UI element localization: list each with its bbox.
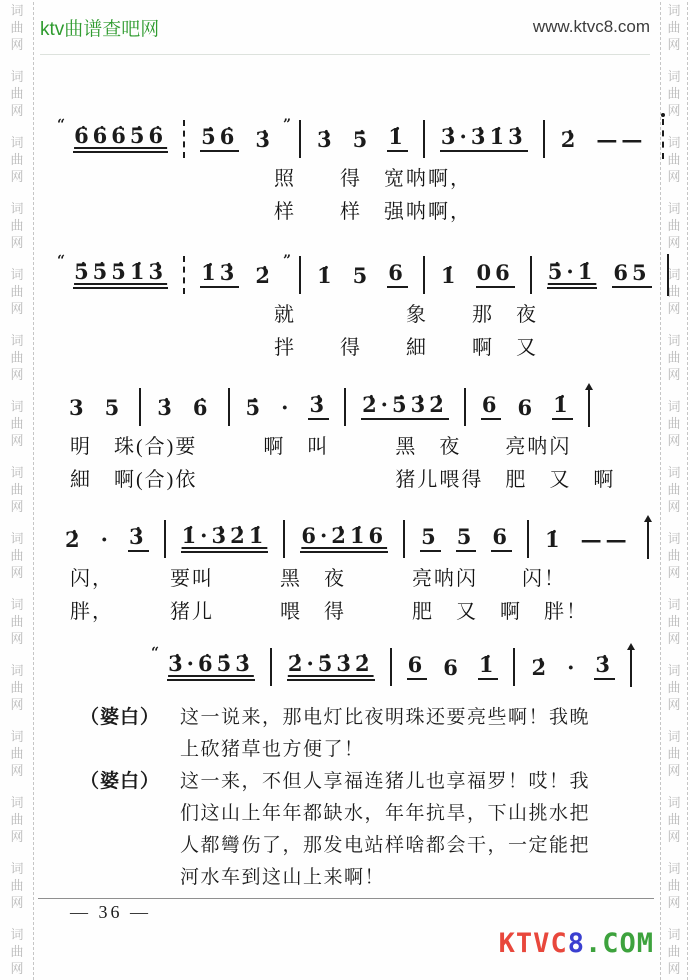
watermark-char: 曲 [661,877,687,894]
barline [403,520,405,558]
watermark-char: 词 [661,728,687,745]
watermark-group: 词曲网 [661,464,687,515]
watermark-char: 网 [4,564,30,581]
watermark-group: 词曲网 [4,662,30,713]
watermark-char: 网 [661,498,687,515]
watermark-char: 曲 [661,217,687,234]
watermark-char: 词 [4,332,30,349]
logo-part: KTVC [499,928,568,959]
watermark-char: 曲 [4,481,30,498]
watermark-group: 词曲网 [661,266,687,317]
note-group: 1̇ [478,654,499,680]
quote-mark: ” [283,252,291,268]
watermark-char: 网 [4,498,30,515]
watermark-char: 曲 [4,811,30,828]
note-group: —— [580,529,632,550]
score-area: “6̇6̇6̇5̇6̇5̇6̇3̇”3̇5̇1̇3̇·3̇1̇3̇2̇——照 得… [40,116,650,690]
watermark-char: 曲 [661,481,687,498]
watermark-char: 词 [4,266,30,283]
watermark-char: 曲 [661,283,687,300]
watermark-char: 网 [661,300,687,317]
barline [299,256,301,294]
watermark-group: 词曲网 [661,530,687,581]
watermark-char: 词 [4,200,30,217]
notation-line-4: 2̇·3̇1̇·3̇2̇1̇6·2̇1̇65561̇—— [64,516,650,562]
note-group: 6 [407,654,428,680]
watermark-char: 曲 [4,943,30,960]
lyrics-line: 拌 得 細 啊 又 [274,333,650,364]
barline [390,648,392,686]
note-group: 1̇ [387,126,408,152]
watermark-group: 词曲网 [4,530,30,581]
note-group: 6̇6̇6̇5̇6̇ [73,125,168,153]
barline [228,388,230,426]
watermark-group: 词曲网 [661,860,687,911]
watermark-char: 网 [661,432,687,449]
lyrics-line: 照 得 宽呐啊， [274,164,650,195]
watermark-char: 曲 [661,547,687,564]
watermark-char: 词 [4,464,30,481]
barline [588,387,590,427]
watermark-char: 曲 [4,19,30,36]
barline [183,256,185,294]
watermark-char: 曲 [4,415,30,432]
watermark-group: 词曲网 [661,794,687,845]
quote-mark: ” [283,116,291,132]
watermark-char: 曲 [661,943,687,960]
barline [164,520,166,558]
note-group: · [100,529,113,550]
sheet-music-scan: “6̇6̇6̇5̇6̇5̇6̇3̇”3̇5̇1̇3̇·3̇1̇3̇2̇——照 得… [40,56,650,894]
note-group: 2̇ [254,265,275,286]
watermark-group: 词曲网 [661,2,687,53]
watermark-char: 曲 [661,679,687,696]
watermark-char: 词 [661,926,687,943]
barline [667,254,669,296]
watermark-group: 词曲网 [661,926,687,977]
barline [270,648,272,686]
watermark-group: 词曲网 [4,794,30,845]
watermark-char: 网 [661,234,687,251]
watermark-char: 词 [661,398,687,415]
barline [513,648,515,686]
quote-mark: “ [151,644,159,660]
note-group: 6 [387,262,408,288]
lyrics-line: 胖， 猪儿 喂 得 肥 又 啊 胖！ [70,597,650,628]
lyrics-line: 样 样 强呐啊， [274,197,650,228]
watermark-char: 网 [4,102,30,119]
lyrics-line: 明 珠(合)要 啊 叫 黑 夜 亮呐闪 [70,432,650,463]
watermark-char: 曲 [661,613,687,630]
watermark-char: 词 [661,794,687,811]
note-group: 1̇ [544,529,565,550]
note-group: 2̇·5̇3̇2̇ [361,394,449,420]
watermark-column-left: 词曲网词曲网词曲网词曲网词曲网词曲网词曲网词曲网词曲网词曲网词曲网词曲网词曲网词… [4,2,34,980]
watermark-group: 词曲网 [661,332,687,383]
watermark-group: 词曲网 [661,596,687,647]
watermark-group: 词曲网 [4,596,30,647]
barline [423,256,425,294]
watermark-group: 词曲网 [661,398,687,449]
note-group: 2̇·5̇3̇2̇ [287,653,375,681]
watermark-group: 词曲网 [661,134,687,185]
watermark-char: 词 [661,464,687,481]
watermark-char: 网 [4,234,30,251]
watermark-char: 词 [4,662,30,679]
watermark-char: 词 [4,68,30,85]
dialogue-entry: （婆白）这一来，不但人享福连猪儿也享福罗！哎！我们这山上年年都缺水，年年抗旱，下… [80,766,650,894]
quote-mark: “ [57,252,65,268]
note-group: 2̇ [560,129,581,150]
watermark-char: 词 [661,860,687,877]
watermark-char: 曲 [661,415,687,432]
dialogue-line: 们这山上年年都缺水，年年抗旱，下山挑水把 [180,798,590,830]
barline [630,647,632,687]
watermark-group: 词曲网 [4,2,30,53]
dialogue-line: 人都彎伤了，那发电站样啥都会干，一定能把 [180,830,590,862]
note-group: 6·2̇1̇6 [300,525,388,553]
watermark-char: 曲 [4,217,30,234]
site-url-link[interactable]: www.ktvc8.com [533,17,650,37]
watermark-group: 词曲网 [661,200,687,251]
watermark-char: 词 [661,2,687,19]
barline [543,120,545,158]
notation-line-3: 353̇6̇5̇·3̇2̇·5̇3̇2̇661̇ [68,384,650,430]
site-header: ktv曲谱查吧网 www.ktvc8.com [40,0,650,55]
watermark-char: 网 [661,102,687,119]
barline [283,520,285,558]
barline [183,120,185,158]
watermark-char: 网 [4,894,30,911]
note-group: 5 [456,526,477,552]
note-group: 6 [516,397,537,418]
dialogue-line: 这一来，不但人享福连猪儿也享福罗！哎！我 [180,766,590,798]
watermark-group: 词曲网 [4,134,30,185]
watermark-char: 网 [4,300,30,317]
barline [527,520,529,558]
page-number: — 36 — [70,902,151,923]
watermark-group: 词曲网 [4,68,30,119]
watermark-char: 网 [4,762,30,779]
note-group: 3̇ [594,654,615,680]
watermark-char: 词 [4,596,30,613]
watermark-char: 网 [661,696,687,713]
note-group: 06 [476,262,515,288]
watermark-char: 词 [4,794,30,811]
barline [299,120,301,158]
watermark-char: 曲 [4,877,30,894]
watermark-char: 网 [4,828,30,845]
watermark-group: 词曲网 [4,860,30,911]
note-group: 3̇ [316,129,337,150]
dialogue-text: 这一说来，那电灯比夜明珠还要亮些啊！我晚上砍猪草也方便了！ [180,702,590,766]
barline [423,120,425,158]
footer-divider [38,898,654,899]
spoken-dialogue-block: （婆白）这一说来，那电灯比夜明珠还要亮些啊！我晚上砍猪草也方便了！（婆白）这一来… [40,702,650,894]
note-group: 5̇ [352,129,373,150]
note-group: 3 [68,397,89,418]
note-group: 6̇ [192,397,213,418]
dialogue-entry: （婆白）这一说来，那电灯比夜明珠还要亮些啊！我晚上砍猪草也方便了！ [80,702,650,766]
watermark-char: 网 [661,894,687,911]
note-group: 3̇ [156,397,177,418]
watermark-group: 词曲网 [661,68,687,119]
watermark-group: 词曲网 [4,926,30,977]
watermark-char: 曲 [4,679,30,696]
note-group: 3̇·3̇1̇3̇ [440,126,528,152]
watermark-group: 词曲网 [4,398,30,449]
watermark-char: 词 [4,398,30,415]
notation-line-2: “5̇5̇5̇1̇3̇1̇3̇2̇”1̇561̇065̇·1̇65 [64,252,650,298]
note-group: 2̇ [64,529,85,550]
watermark-char: 曲 [661,745,687,762]
watermark-char: 网 [661,36,687,53]
quote-mark: “ [57,116,65,132]
watermark-group: 词曲网 [4,200,30,251]
note-group: 3̇ [254,129,275,150]
watermark-char: 网 [661,630,687,647]
barline [530,256,532,294]
watermark-char: 词 [661,596,687,613]
watermark-char: 词 [4,728,30,745]
note-group: 5̇·1̇ [547,261,598,289]
dialogue-line: 这一说来，那电灯比夜明珠还要亮些啊！我晚 [180,702,590,734]
note-group: 3̇ [128,526,149,552]
watermark-char: 曲 [661,19,687,36]
note-group: 5̇5̇5̇1̇3̇ [73,261,168,289]
watermark-char: 网 [661,762,687,779]
note-group: 6 [491,526,512,552]
note-group: —— [595,129,647,150]
note-group: · [280,397,293,418]
watermark-char: 曲 [4,547,30,564]
barline [464,388,466,426]
watermark-char: 网 [4,432,30,449]
watermark-char: 曲 [4,85,30,102]
watermark-char: 曲 [661,151,687,168]
note-group: 1̇ [316,265,337,286]
note-group: 5 [420,526,441,552]
watermark-char: 词 [661,266,687,283]
watermark-char: 曲 [4,349,30,366]
barline [647,519,649,559]
dialogue-speaker: （婆白） [80,702,180,766]
watermark-group: 词曲网 [4,266,30,317]
watermark-group: 词曲网 [4,464,30,515]
note-group: 1̇3̇ [200,262,239,288]
barline [139,388,141,426]
barline [344,388,346,426]
note-group: 1̇·3̇2̇1̇ [181,525,269,553]
watermark-char: 词 [661,332,687,349]
watermark-group: 词曲网 [4,728,30,779]
watermark-char: 网 [4,366,30,383]
note-group: 5̇6̇ [200,126,239,152]
watermark-char: 词 [4,134,30,151]
watermark-char: 网 [661,366,687,383]
watermark-char: 词 [4,530,30,547]
watermark-char: 词 [4,926,30,943]
note-group: 65 [612,262,651,288]
note-group: 1̇ [552,394,573,420]
watermark-char: 网 [4,36,30,53]
logo-part: .COM [585,928,654,959]
dialogue-text: 这一来，不但人享福连猪儿也享福罗！哎！我们这山上年年都缺水，年年抗旱，下山挑水把… [180,766,590,894]
watermark-char: 曲 [661,85,687,102]
note-group: 6 [442,657,463,678]
watermark-char: 曲 [4,151,30,168]
lyrics-line: 細 啊(合)依 猪儿喂得 肥 又 啊 [70,465,650,496]
dialogue-line: 上砍猪草也方便了！ [180,734,590,766]
watermark-char: 网 [4,630,30,647]
watermark-char: 曲 [4,745,30,762]
watermark-char: 曲 [661,811,687,828]
barline [662,119,664,159]
note-group: 5 [352,265,373,286]
site-logo[interactable]: KTVC8.COM [499,928,654,959]
watermark-char: 词 [661,68,687,85]
watermark-char: 网 [661,960,687,977]
note-group: 5̇ [245,397,266,418]
watermark-char: 网 [4,168,30,185]
watermark-char: 网 [4,960,30,977]
watermark-char: 词 [661,530,687,547]
notation-line-5: “3̇·6̇5̇3̇2̇·5̇3̇2̇661̇2̇·3̇ [158,644,650,690]
watermark-char: 词 [4,860,30,877]
note-group: 2̇ [530,657,551,678]
note-group: 3̇ [308,394,329,420]
dialogue-line: 河水车到这山上来啊！ [180,862,590,894]
watermark-group: 词曲网 [661,728,687,779]
watermark-char: 曲 [4,283,30,300]
watermark-group: 词曲网 [4,332,30,383]
lyrics-line: 就 象 那 夜 [274,300,650,331]
lyrics-line: 闪， 要叫 黑 夜 亮呐闪 闪！ [70,564,650,595]
watermark-group: 词曲网 [661,662,687,713]
note-group: · [566,657,579,678]
watermark-char: 词 [661,134,687,151]
watermark-char: 网 [661,828,687,845]
watermark-char: 词 [661,200,687,217]
watermark-char: 词 [661,662,687,679]
watermark-char: 网 [661,564,687,581]
watermark-char: 词 [4,2,30,19]
watermark-char: 曲 [4,613,30,630]
scanned-songbook-page: 词曲网词曲网词曲网词曲网词曲网词曲网词曲网词曲网词曲网词曲网词曲网词曲网词曲网词… [0,0,690,980]
watermark-char: 网 [4,696,30,713]
logo-part: 8 [568,928,585,959]
dialogue-speaker: （婆白） [80,766,180,894]
note-group: 6 [481,394,502,420]
watermark-char: 曲 [661,349,687,366]
note-group: 5 [104,397,125,418]
note-group: 1̇ [440,265,461,286]
site-name-link[interactable]: ktv曲谱查吧网 [40,14,159,41]
note-group: 3̇·6̇5̇3̇ [167,653,255,681]
watermark-char: 网 [661,168,687,185]
notation-line-1: “6̇6̇6̇5̇6̇5̇6̇3̇”3̇5̇1̇3̇·3̇1̇3̇2̇—— [64,116,650,162]
